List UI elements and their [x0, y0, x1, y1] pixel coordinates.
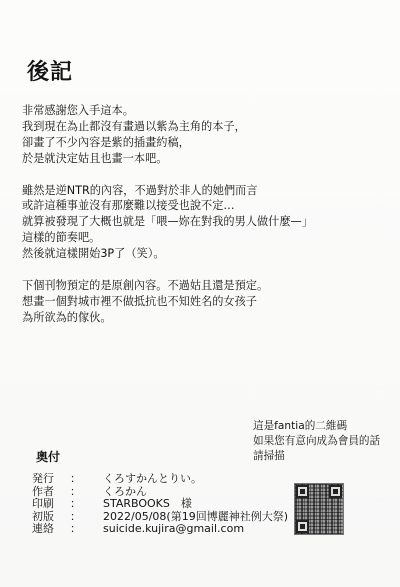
- colophon-sep: ：: [70, 498, 103, 511]
- qr-finder-pattern: [329, 485, 342, 498]
- text-line: 或許這種事並沒有那麼難以接受也說不定…: [22, 198, 313, 214]
- colophon-sep: ：: [70, 523, 103, 536]
- text-line: 下個刊物預定的是原創內容。不過姑且還是預定。: [22, 278, 313, 294]
- colophon-label: 発行: [32, 473, 70, 486]
- colophon-sep: ：: [70, 473, 103, 486]
- text-line: 想畫一個對城市裡不做抵抗也不知姓名的女孩子: [22, 294, 313, 310]
- qr-finder-pattern: [296, 520, 309, 533]
- qr-code-icon[interactable]: [294, 483, 344, 535]
- text-line: 非常感謝您入手這本。: [22, 103, 313, 119]
- colophon: 発行 ： くろすかんとりい。 作者 ： くろかん 印刷 ： STARBOOKS …: [32, 473, 288, 536]
- colophon-row-publisher: 発行 ： くろすかんとりい。: [32, 473, 288, 486]
- qr-caption-line: 如果您有意向成為會員的話: [253, 434, 380, 449]
- text-line: 為所欲為的傢伙。: [22, 310, 313, 326]
- text-line: 卻畫了不少內容是紫的插畫約稿，: [22, 135, 313, 151]
- text-line: 我到現在為止都沒有畫過以紫為主角的本子，: [22, 119, 313, 135]
- document-page: 後記 非常感謝您入手這本。 我到現在為止都沒有畫過以紫為主角的本子， 卻畫了不少…: [0, 0, 400, 587]
- colophon-title: 奥付: [36, 448, 60, 465]
- text-line: 然後就這樣開始3P了（笑）。: [22, 246, 313, 262]
- paragraph-1: 非常感謝您入手這本。 我到現在為止都沒有畫過以紫為主角的本子， 卻畫了不少內容是…: [22, 103, 313, 167]
- colophon-value: STARBOOKS 様: [103, 498, 192, 511]
- text-line: 於是就決定姑且也畫一本吧。: [22, 151, 313, 167]
- qr-finder-pattern: [296, 485, 309, 498]
- qr-caption-line: 這是fantia的二維碼: [253, 419, 380, 434]
- contact-email[interactable]: suicide.kujira@gmail.com: [103, 523, 244, 536]
- page-title: 後記: [27, 55, 73, 86]
- colophon-label: 印刷: [32, 498, 70, 511]
- paragraph-3: 下個刊物預定的是原創內容。不過姑且還是預定。 想畫一個對城市裡不做抵抗也不知姓名…: [22, 278, 313, 326]
- text-line: 雖然是逆NTR的內容，不過對於非人的她們而言: [22, 183, 313, 199]
- afterword-body: 非常感謝您入手這本。 我到現在為止都沒有畫過以紫為主角的本子， 卻畫了不少內容是…: [22, 103, 313, 342]
- text-line: 這樣的節奏吧。: [22, 230, 313, 246]
- colophon-row-contact: 連絡 ： suicide.kujira@gmail.com: [32, 523, 288, 536]
- colophon-value: くろすかんとりい。: [103, 473, 202, 486]
- colophon-label: 連絡: [32, 523, 70, 536]
- text-line: 就算被發現了大概也就是「喂—妳在對我的男人做什麼—」: [22, 214, 313, 230]
- qr-caption-line: 請掃描: [253, 449, 380, 464]
- colophon-row-printer: 印刷 ： STARBOOKS 様: [32, 498, 288, 511]
- qr-caption: 這是fantia的二維碼 如果您有意向成為會員的話 請掃描: [253, 419, 380, 464]
- paragraph-2: 雖然是逆NTR的內容，不過對於非人的她們而言 或許這種事並沒有那麼難以接受也說不…: [22, 183, 313, 263]
